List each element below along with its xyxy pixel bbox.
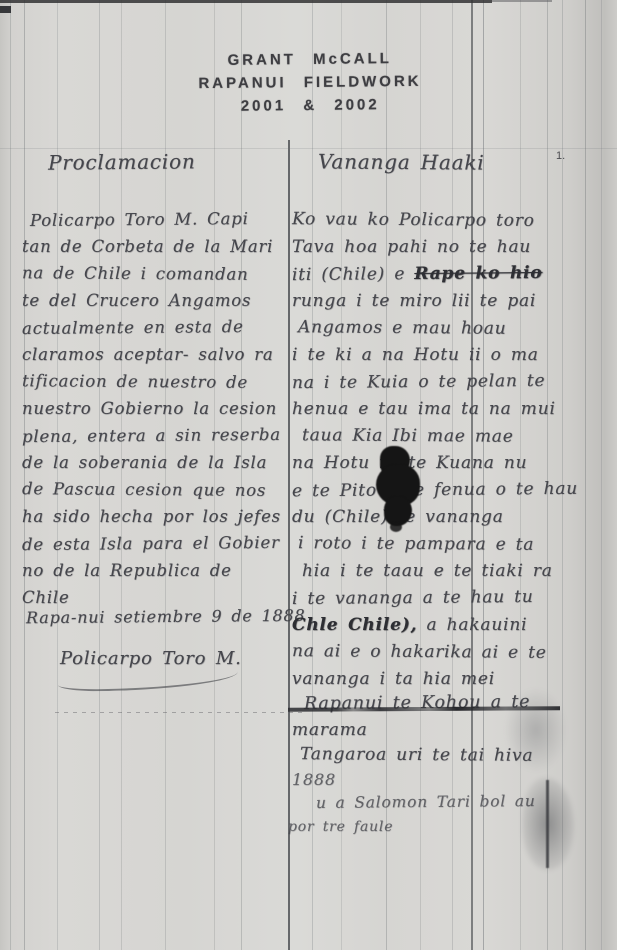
top-edge-line xyxy=(492,0,552,2)
stamp-line-3: 2001 & 2002 xyxy=(170,93,450,119)
faint-rule xyxy=(55,712,305,713)
manuscript-line: Tava hoa pahi no te hau xyxy=(292,237,531,257)
manuscript-line: i te ki a na Hotu ii o ma xyxy=(292,345,539,365)
date-line: Rapa-nui setiembre 9 de 1888 xyxy=(26,606,306,627)
signature-flourish xyxy=(58,670,238,693)
manuscript-line: i te vananga a te hau tu xyxy=(292,587,534,609)
manuscript-line: Chle Chile), a hakauini xyxy=(292,615,527,635)
stain xyxy=(505,688,567,772)
rule-line xyxy=(10,0,11,950)
rule-line xyxy=(214,0,215,950)
rule-line xyxy=(121,0,122,950)
stamp-line-1: GRANT McCALL xyxy=(170,47,450,73)
stray-mark: 1. xyxy=(556,150,565,162)
rule-line xyxy=(585,0,586,950)
corner-mark xyxy=(0,6,11,13)
closing-line: 1888 xyxy=(292,770,336,789)
ink-blot xyxy=(376,446,420,530)
right-column-heading: Vananga Haaki xyxy=(318,149,485,174)
manuscript-line: tan de Corbeta de la Mari xyxy=(22,237,273,256)
manuscript-line: tificacion de nuestro de xyxy=(22,371,248,392)
rule-line xyxy=(165,0,166,950)
manuscript-line: henua e tau ima ta na mui xyxy=(292,399,556,419)
scanned-document-page: 1. GRANT McCALL RAPANUI FIELDWORK 2001 &… xyxy=(0,0,617,950)
rule-line xyxy=(57,0,58,950)
left-column-heading: Proclamacion xyxy=(48,149,196,174)
signature: Policarpo Toro M. xyxy=(60,648,242,669)
top-edge-line xyxy=(0,0,492,3)
rule-line xyxy=(24,0,25,950)
rule-line xyxy=(601,0,602,950)
manuscript-line: nuestro Gobierno la cesion xyxy=(22,399,277,418)
manuscript-line: na ai e o hakarika ai e te xyxy=(292,641,547,663)
manuscript-line: te del Crucero Angamos xyxy=(22,291,251,310)
manuscript-line: actualmente en esta de xyxy=(22,317,244,338)
rule-line xyxy=(241,0,242,950)
manuscript-line: i roto i te pampara e ta xyxy=(298,533,534,555)
manuscript-line: Chile xyxy=(22,588,70,607)
manuscript-line: no de la Republica de xyxy=(22,561,232,580)
manuscript-line: ha sido hecha por los jefes xyxy=(22,507,281,526)
manuscript-line: vananga i ta hia mei xyxy=(292,669,495,689)
closing-line: u a Salomon Tari bol au xyxy=(316,792,536,812)
manuscript-line: Angamos e mau hoau xyxy=(298,317,507,338)
rule-line xyxy=(312,0,313,950)
manuscript-line: Ko vau ko Policarpo toro xyxy=(292,209,535,231)
line-rest: a hakauini xyxy=(417,615,527,635)
manuscript-line: Policarpo Toro M. Capi xyxy=(30,209,249,230)
overwritten-text: Rape ko hio xyxy=(414,263,542,284)
manuscript-line: hia i te taau e te tiaki ra xyxy=(302,561,553,581)
stain-edge-line xyxy=(546,780,549,868)
manuscript-line: na de Chile i comandan xyxy=(22,263,249,284)
manuscript-line: claramos aceptar- salvo ra xyxy=(22,345,274,364)
emphasized-text: Chle Chile), xyxy=(292,615,417,635)
manuscript-line: de la soberania de la Isla xyxy=(22,453,267,472)
manuscript-line: de esta Isla para el Gobier xyxy=(22,533,280,554)
fieldwork-stamp: GRANT McCALL RAPANUI FIELDWORK 2001 & 20… xyxy=(170,47,451,119)
manuscript-line: e te Pito o te fenua o te hau xyxy=(292,479,578,501)
rule-line xyxy=(99,0,100,950)
line-pre: iti (Chile) e xyxy=(292,264,415,285)
manuscript-line: taua Kia Ibi mae mae xyxy=(302,425,514,446)
manuscript-line: na i te Kuia o te pelan te xyxy=(292,371,546,393)
manuscript-line: plena, entera a sin reserba xyxy=(22,425,281,446)
manuscript-line: iti (Chile) e Rape ko hio xyxy=(292,263,543,285)
closing-line: Tangaroa uri te tai hiva xyxy=(300,744,534,766)
closing-line: por tre faule xyxy=(288,819,393,835)
manuscript-line: runga i te miro lii te pai xyxy=(292,291,536,311)
closing-line: marama xyxy=(292,720,368,740)
crease-line xyxy=(0,148,617,149)
manuscript-line: de Pascua cesion que nos xyxy=(22,479,266,500)
stamp-line-2: RAPANUI FIELDWORK xyxy=(170,70,450,96)
